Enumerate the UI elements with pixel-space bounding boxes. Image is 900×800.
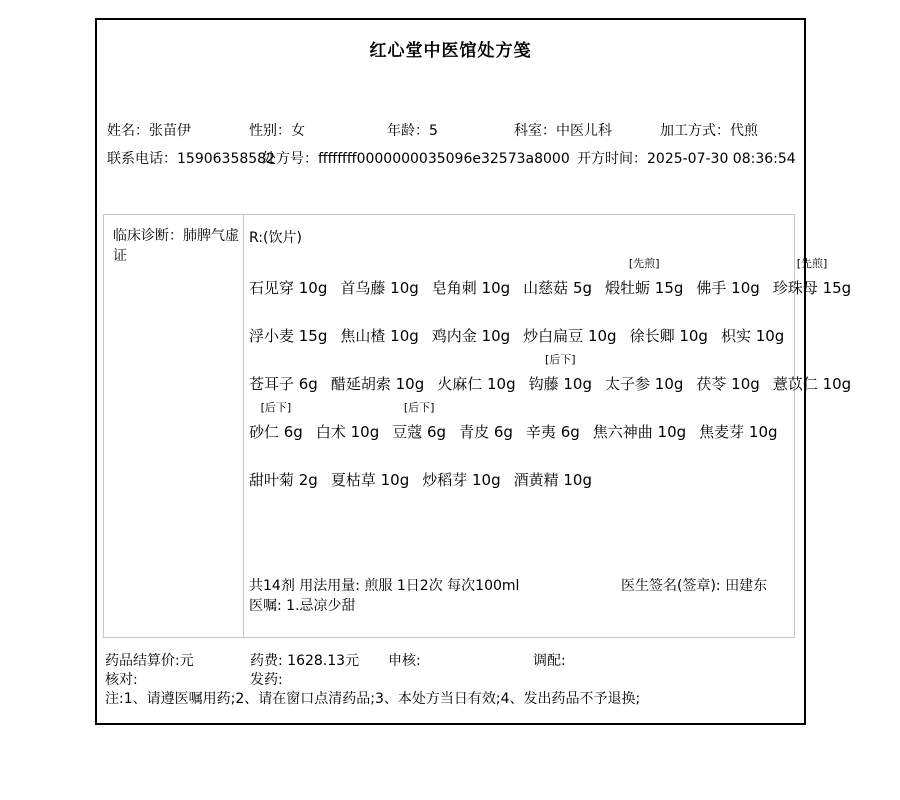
herb-name-dose: 青皮 6g xyxy=(459,419,513,447)
herb-name-dose: 茯苓 10g xyxy=(696,371,759,399)
department-value: 中医儿科 xyxy=(556,123,612,139)
herb-name-dose: 焦六神曲 10g xyxy=(593,419,686,447)
herb-tag-empty xyxy=(331,447,409,467)
herb-item: 甜叶菊 2g xyxy=(249,447,318,495)
herb-item: 炒稻芽 10g xyxy=(422,447,500,495)
herb-name-dose: 徐长卿 10g xyxy=(630,323,708,351)
herb-decoction-tag: [先煎] xyxy=(773,255,851,275)
herb-item: 白术 10g xyxy=(316,399,379,447)
review-label: 申核: xyxy=(388,653,421,669)
herb-item: 徐长卿 10g xyxy=(630,303,708,351)
herb-item: 焦麦芽 10g xyxy=(699,399,777,447)
phone-value: 15906358582 xyxy=(177,151,275,167)
herb-name-dose: 豆蔻 6g xyxy=(392,419,446,447)
processing-method-label: 加工方式： xyxy=(660,123,730,139)
herb-tag-empty xyxy=(721,303,784,323)
herb-row: [后下]砂仁 6g白术 10g[后下]豆蔻 6g青皮 6g辛夷 6g焦六神曲 1… xyxy=(249,399,790,447)
prescription-time-value: 2025-07-30 08:36:54 xyxy=(647,151,796,167)
herb-tag-empty xyxy=(249,303,327,323)
herb-item: 皂角刺 10g xyxy=(432,255,510,303)
herb-item: 茯苓 10g xyxy=(696,351,759,399)
prepare-label: 调配: xyxy=(533,653,566,669)
herb-tag-empty xyxy=(696,255,759,275)
medical-advice-label: 医嘱: xyxy=(249,598,282,614)
phone-field: 联系电话：15906358582 xyxy=(107,148,262,168)
herb-item: 苍耳子 6g xyxy=(249,351,318,399)
patient-gender-value: 女 xyxy=(291,123,305,139)
herb-item: [后下]砂仁 6g xyxy=(249,399,303,447)
herb-tag-empty xyxy=(432,303,510,323)
herb-name-dose: 焦山楂 10g xyxy=(340,323,418,351)
herb-tag-empty xyxy=(459,399,513,419)
herb-item: 青皮 6g xyxy=(459,399,513,447)
herb-name-dose: 酒黄精 10g xyxy=(514,467,592,495)
medical-advice-value: 1.忌凉少甜 xyxy=(286,598,355,614)
herb-decoction-tag: [后下] xyxy=(249,399,303,419)
herb-name-dose: 佛手 10g xyxy=(696,275,759,303)
patient-name-field: 姓名：张苗伊 xyxy=(107,120,249,140)
rx-content-cell: R:(饮片) 石见穿 10g首乌藤 10g皂角刺 10g山慈菇 5g[先煎]煅牡… xyxy=(244,215,794,637)
department-label: 科室： xyxy=(514,123,556,139)
herb-tag-empty xyxy=(605,351,683,371)
herb-name-dose: 白术 10g xyxy=(316,419,379,447)
herb-tag-empty xyxy=(514,447,592,467)
herb-item: 太子参 10g xyxy=(605,351,683,399)
herb-decoction-tag: [后下] xyxy=(529,351,592,371)
herb-name-dose: 皂角刺 10g xyxy=(432,275,510,303)
herb-tag-empty xyxy=(526,399,580,419)
patient-age-field: 年龄：5 xyxy=(387,120,514,140)
prescription-time-field: 开方时间：2025-07-30 08:36:54 xyxy=(577,148,798,168)
dispense-label: 发药: xyxy=(250,672,283,688)
check-label: 核对: xyxy=(105,672,138,688)
processing-method-field: 加工方式：代煎 xyxy=(660,120,798,140)
settlement-price-value: 元 xyxy=(180,653,194,669)
page-title: 红心堂中医馆处方笺 xyxy=(97,36,804,61)
herb-decoction-tag: [后下] xyxy=(392,399,446,419)
phone-label: 联系电话： xyxy=(107,151,177,167)
herb-item: 枳实 10g xyxy=(721,303,784,351)
herb-tag-empty xyxy=(331,351,424,371)
herb-tag-empty xyxy=(249,447,318,467)
herb-item: 醋延胡索 10g xyxy=(331,351,424,399)
herb-item: [先煎]珍珠母 15g xyxy=(773,255,851,303)
herb-tag-empty xyxy=(773,351,851,371)
prescription-table: 临床诊断：肺脾气虚证 R:(饮片) 石见穿 10g首乌藤 10g皂角刺 10g山… xyxy=(103,214,795,638)
herb-tag-empty xyxy=(340,303,418,323)
herb-name-dose: 醋延胡索 10g xyxy=(331,371,424,399)
prescription-number-label: 处方号： xyxy=(262,151,318,167)
herb-name-dose: 钩藤 10g xyxy=(529,371,592,399)
herb-item: 薏苡仁 10g xyxy=(773,351,851,399)
patient-name-value: 张苗伊 xyxy=(149,123,191,139)
herb-tag-empty xyxy=(630,303,708,323)
herb-tag-empty xyxy=(437,351,515,371)
herb-row: 甜叶菊 2g夏枯草 10g炒稻芽 10g酒黄精 10g xyxy=(249,447,790,495)
herb-name-dose: 山慈菇 5g xyxy=(523,275,592,303)
herb-tag-empty xyxy=(249,351,318,371)
review-field: 申核: xyxy=(388,650,533,670)
herb-name-dose: 焦麦芽 10g xyxy=(699,419,777,447)
herb-tag-empty xyxy=(316,399,379,419)
herb-tag-empty xyxy=(432,255,510,275)
herb-item: 炒白扁豆 10g xyxy=(523,303,616,351)
herb-row: 苍耳子 6g醋延胡索 10g火麻仁 10g[后下]钩藤 10g太子参 10g茯苓… xyxy=(249,351,790,399)
herb-tag-empty xyxy=(699,399,777,419)
medicine-fee-field: 药费: 1628.13元 xyxy=(250,650,388,670)
herb-item: 夏枯草 10g xyxy=(331,447,409,495)
patient-name-label: 姓名： xyxy=(107,123,149,139)
herb-tag-empty xyxy=(523,255,592,275)
herb-name-dose: 薏苡仁 10g xyxy=(773,371,851,399)
herb-row: 石见穿 10g首乌藤 10g皂角刺 10g山慈菇 5g[先煎]煅牡蛎 15g佛手… xyxy=(249,255,790,303)
herb-item: 首乌藤 10g xyxy=(340,255,418,303)
herb-tag-empty xyxy=(696,351,759,371)
herb-name-dose: 鸡内金 10g xyxy=(432,323,510,351)
herb-name-dose: 甜叶菊 2g xyxy=(249,467,318,495)
herb-name-dose: 太子参 10g xyxy=(605,371,683,399)
dosage-usage-line: 共14剂 用法用量: 煎服 1日2次 每次100ml xyxy=(249,575,519,595)
herb-name-dose: 煅牡蛎 15g xyxy=(605,275,683,303)
footer-row-1: 药品结算价:元 药费: 1628.13元 申核: 调配: xyxy=(105,650,745,670)
herb-item: 酒黄精 10g xyxy=(514,447,592,495)
herb-item: 鸡内金 10g xyxy=(432,303,510,351)
herb-name-dose: 珍珠母 15g xyxy=(773,275,851,303)
prepare-field: 调配: xyxy=(533,650,745,670)
usage-label: 用法用量: xyxy=(299,578,360,594)
clinical-diagnosis-label: 临床诊断： xyxy=(113,228,183,244)
herb-name-dose: 石见穿 10g xyxy=(249,275,327,303)
herb-item: [后下]钩藤 10g xyxy=(529,351,592,399)
processing-method-value: 代煎 xyxy=(730,123,758,139)
herb-name-dose: 浮小麦 15g xyxy=(249,323,327,351)
herb-item: 火麻仁 10g xyxy=(437,351,515,399)
herb-tag-empty xyxy=(523,303,616,323)
herb-name-dose: 炒白扁豆 10g xyxy=(523,323,616,351)
herb-row: 浮小麦 15g焦山楂 10g鸡内金 10g炒白扁豆 10g徐长卿 10g枳实 1… xyxy=(249,303,790,351)
clinical-diagnosis-cell: 临床诊断：肺脾气虚证 xyxy=(104,215,244,637)
herb-name-dose: 火麻仁 10g xyxy=(437,371,515,399)
herb-name-dose: 枳实 10g xyxy=(721,323,784,351)
total-doses: 共14剂 xyxy=(249,578,295,594)
usage-value: 煎服 1日2次 每次100ml xyxy=(364,578,519,594)
department-field: 科室：中医儿科 xyxy=(514,120,660,140)
patient-gender-label: 性别： xyxy=(249,123,291,139)
herb-item: [后下]豆蔻 6g xyxy=(392,399,446,447)
settlement-price-label: 药品结算价: xyxy=(105,653,180,669)
dispense-field: 发药: xyxy=(250,669,505,689)
prescription-page: 红心堂中医馆处方笺 姓名：张苗伊 性别：女 年龄：5 科室：中医儿科 加工方式：… xyxy=(95,18,806,725)
herb-tag-empty xyxy=(422,447,500,467)
footer-note: 注:1、请遵医嘱用药;2、请在窗口点清药品;3、本处方当日有效;4、发出药品不予… xyxy=(105,688,640,708)
footer-row-2: 核对: 发药: xyxy=(105,669,505,689)
herb-item: 石见穿 10g xyxy=(249,255,327,303)
medical-advice-line: 医嘱: 1.忌凉少甜 xyxy=(249,595,356,615)
herb-name-dose: 辛夷 6g xyxy=(526,419,580,447)
patient-info-row-1: 姓名：张苗伊 性别：女 年龄：5 科室：中医儿科 加工方式：代煎 xyxy=(107,120,798,140)
herb-name-dose: 砂仁 6g xyxy=(249,419,303,447)
doctor-signature-name: 田建东 xyxy=(725,578,767,594)
patient-info-row-2: 联系电话：15906358582 处方号：ffffffff00000000350… xyxy=(107,148,798,168)
rx-header: R:(饮片) xyxy=(249,227,302,247)
herb-name-dose: 首乌藤 10g xyxy=(340,275,418,303)
doctor-signature-line: 医生签名(签章): 田建东 xyxy=(621,575,767,595)
herb-rows: 石见穿 10g首乌藤 10g皂角刺 10g山慈菇 5g[先煎]煅牡蛎 15g佛手… xyxy=(249,255,790,495)
herb-item: [先煎]煅牡蛎 15g xyxy=(605,255,683,303)
medicine-fee-value: 1628.13元 xyxy=(287,653,359,669)
patient-age-label: 年龄： xyxy=(387,123,429,139)
herb-decoction-tag: [先煎] xyxy=(605,255,683,275)
settlement-price-field: 药品结算价:元 xyxy=(105,650,250,670)
prescription-number-field: 处方号：ffffffff0000000035096e32573a8000 xyxy=(262,148,577,168)
doctor-signature-label: 医生签名(签章): xyxy=(621,578,721,594)
herb-item: 佛手 10g xyxy=(696,255,759,303)
check-field: 核对: xyxy=(105,669,250,689)
herb-name-dose: 炒稻芽 10g xyxy=(422,467,500,495)
herb-tag-empty xyxy=(593,399,686,419)
prescription-time-label: 开方时间： xyxy=(577,151,647,167)
herb-item: 山慈菇 5g xyxy=(523,255,592,303)
herb-item: 辛夷 6g xyxy=(526,399,580,447)
herb-name-dose: 苍耳子 6g xyxy=(249,371,318,399)
herb-item: 浮小麦 15g xyxy=(249,303,327,351)
patient-age-value: 5 xyxy=(429,123,438,139)
herb-tag-empty xyxy=(340,255,418,275)
herb-item: 焦山楂 10g xyxy=(340,303,418,351)
herb-tag-empty xyxy=(249,255,327,275)
patient-gender-field: 性别：女 xyxy=(249,120,387,140)
medicine-fee-label: 药费: xyxy=(250,653,283,669)
herb-name-dose: 夏枯草 10g xyxy=(331,467,409,495)
prescription-number-value: ffffffff0000000035096e32573a8000 xyxy=(318,151,570,167)
herb-item: 焦六神曲 10g xyxy=(593,399,686,447)
